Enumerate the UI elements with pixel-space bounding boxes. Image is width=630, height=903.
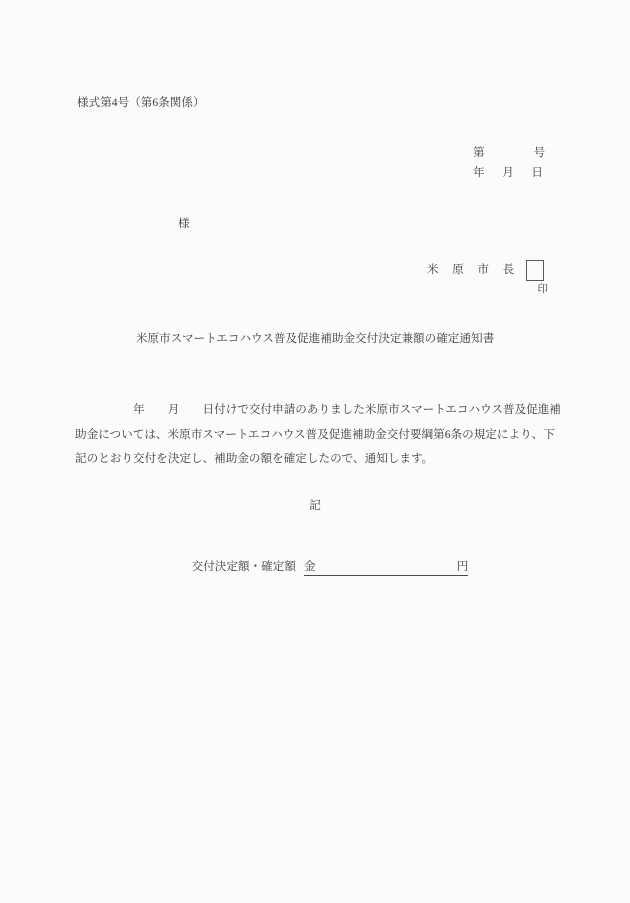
document-page: 様式第4号（第6条関係） 第 号 年 月 日 様 米 原 市 長 印 米原市スマ… xyxy=(0,0,630,903)
sender-title: 米 原 市 長 xyxy=(427,263,515,277)
date-line: 年 月 日 xyxy=(473,166,546,180)
seal-stamp: 印 xyxy=(538,284,549,295)
amount-prefix: 金 xyxy=(304,560,316,573)
body-paragraph: 年 月 日付けで交付申請のありました米原市スマートエコハウス普及促進補 助金につ… xyxy=(75,398,559,472)
form-number-label: 様式第4号（第6条関係） xyxy=(77,96,205,110)
record-marker: 記 xyxy=(0,499,630,513)
addressee-honorific: 様 xyxy=(178,217,190,231)
amount-line: 交付決定額・確定額金円 xyxy=(180,546,468,590)
doc-number-line: 第 号 xyxy=(473,146,546,160)
amount-suffix: 円 xyxy=(457,560,469,573)
body-line: 助金については、米原市スマートエコハウス普及促進補助金交付要綱第6条の規定により… xyxy=(75,423,559,448)
amount-fill: 金円 xyxy=(304,560,468,576)
document-title: 米原市スマートエコハウス普及促進補助金交付決定兼額の確定通知書 xyxy=(0,332,630,346)
seal-box: 印 xyxy=(526,260,544,281)
amount-label: 交付決定額・確定額 xyxy=(192,560,296,573)
body-line: 記のとおり交付を決定し、補助金の額を確定したので、通知します。 xyxy=(75,447,559,472)
amount-blank xyxy=(316,569,457,570)
body-line: 年 月 日付けで交付申請のありました米原市スマートエコハウス普及促進補 xyxy=(75,398,559,423)
